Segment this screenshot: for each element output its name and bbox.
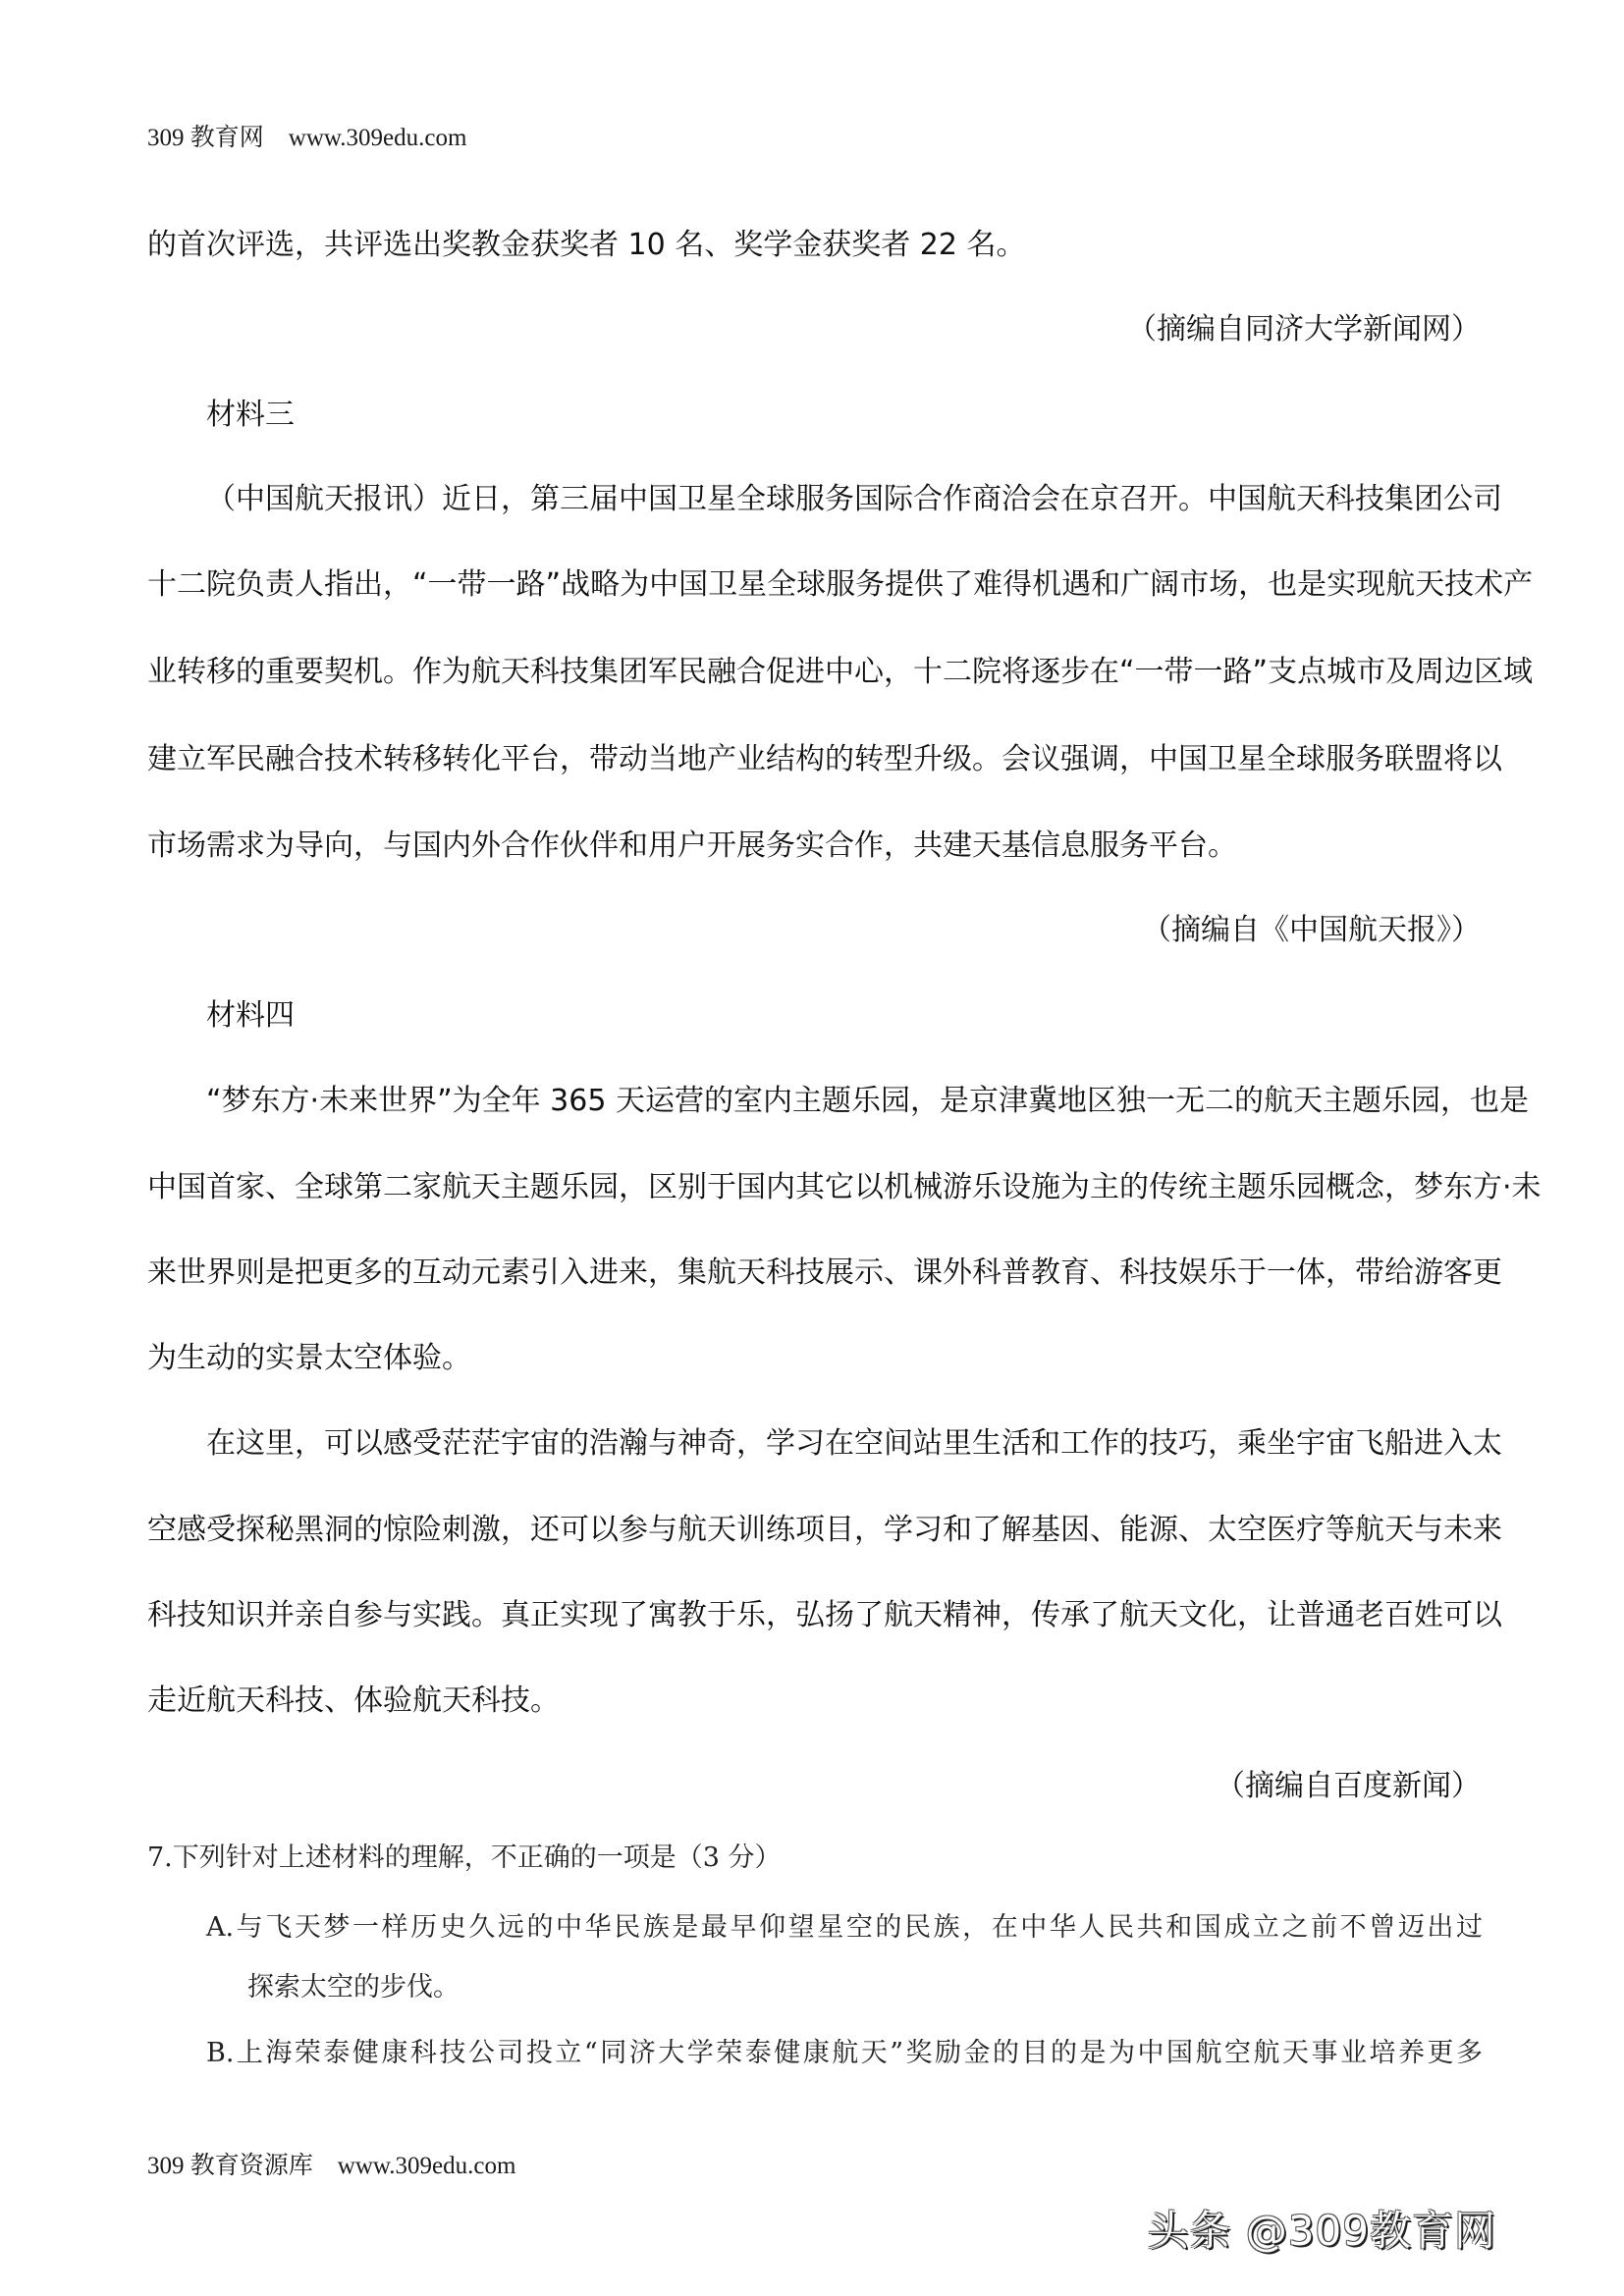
question-7-option-a: A.与飞天梦一样历史久远的中华民族是最早仰望星空的民族，在中华人民共和国成立之前… [206, 1905, 1483, 1944]
material-4-p2-line: 在这里，可以感受茫茫宇宙的浩瀚与神奇，学习在空间站里生活和工作的技巧，乘坐宇宙飞… [206, 1418, 1483, 1462]
question-7-option-a-continued: 探索太空的步伐。 [247, 1965, 460, 2003]
header-site-name: 309 教育网 [147, 125, 264, 151]
material-4-p1-line: “梦东方·未来世界”为全年 365 天运营的室内主题乐园，是京津冀地区独一无二的… [206, 1076, 1483, 1119]
page-header: 309 教育网 www.309edu.com [147, 118, 466, 153]
material-4-source: （摘编自百度新闻） [1216, 1761, 1481, 1804]
page-footer: 309 教育资源库 www.309edu.com [147, 2146, 515, 2181]
material-3-line: 业转移的重要契机。作为航天科技集团军民融合促进中心，十二院将逐步在“一带一路”支… [147, 647, 1483, 690]
toutiao-watermark: 头条 @309教育网 [1147, 2199, 1496, 2258]
material-3-source: （摘编自《中国航天报》） [1142, 905, 1481, 948]
material-4-p1-line: 来世界则是把更多的互动元素引入进来，集航天科技展示、课外科普教育、科技娱乐于一体… [147, 1248, 1483, 1291]
question-7-stem: 7.下列针对上述材料的理解，不正确的一项是（3 分） [147, 1836, 782, 1874]
material-3-heading: 材料三 [206, 390, 295, 433]
footer-site-name: 309 教育资源库 [147, 2153, 313, 2179]
material-3-line: 市场需求为导向，与国内外合作伙伴和用户开展务实合作，共建天基信息服务平台。 [147, 821, 1483, 864]
material-3-line: （中国航天报讯）近日，第三届中国卫星全球服务国际合作商洽会在京召开。中国航天科技… [206, 474, 1483, 517]
material-4-p2-line: 走近航天科技、体验航天科技。 [147, 1676, 1483, 1719]
material-2-source: （摘编自同济大学新闻网） [1127, 304, 1481, 347]
question-7-option-b: B.上海荣泰健康科技公司投立“同济大学荣泰健康航天”奖励金的目的是为中国航空航天… [206, 2031, 1483, 2069]
material-4-p1-line: 为生动的实景太空体验。 [147, 1333, 1483, 1376]
material-4-p2-line: 空感受探秘黑洞的惊险刺激，还可以参与航天训练项目，学习和了解基因、能源、太空医疗… [147, 1505, 1483, 1548]
material-3-line: 十二院负责人指出，“一带一路”战略为中国卫星全球服务提供了难得机遇和广阔市场，也… [147, 560, 1483, 603]
material-2-tail-line: 的首次评选，共评选出奖教金获奖者 10 名、奖学金获奖者 22 名。 [147, 220, 1483, 263]
material-4-heading: 材料四 [206, 990, 295, 1034]
footer-url[interactable]: www.309edu.com [338, 2153, 516, 2179]
header-url[interactable]: www.309edu.com [289, 125, 467, 151]
material-4-p1-line: 中国首家、全球第二家航天主题乐园，区别于国内其它以机械游乐设施为主的传统主题乐园… [147, 1162, 1483, 1205]
material-3-line: 建立军民融合技术转移转化平台，带动当地产业结构的转型升级。会议强调，中国卫星全球… [147, 734, 1483, 777]
material-4-p2-line: 科技知识并亲自参与实践。真正实现了寓教于乐，弘扬了航天精神，传承了航天文化，让普… [147, 1590, 1483, 1633]
